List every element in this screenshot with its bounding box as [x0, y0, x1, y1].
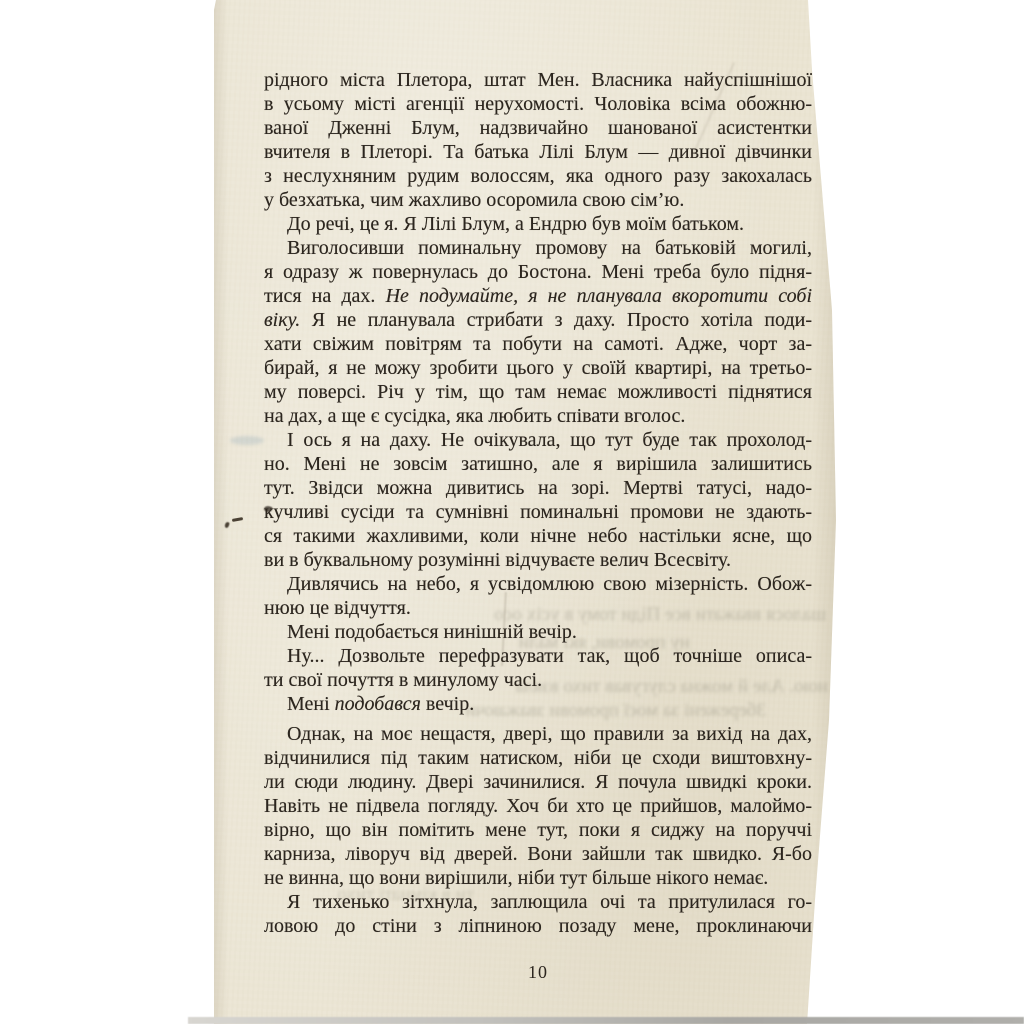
text-segment: на дах, а ще є сусідка, яка любить співа…: [264, 405, 685, 427]
text-segment: Виголосивши поминальну промову на батько…: [287, 237, 812, 259]
book-page: шалося вважати все Піди тому в усіх осо …: [214, 0, 838, 1024]
text-segment: І ось я на даху. Не очікувала, що тут бу…: [287, 429, 812, 451]
text-line: Я тихенько зітхнула, заплющила очі та пр…: [264, 890, 812, 914]
text-segment: карниза, ліворуч від дверей. Вони зайшли…: [264, 843, 812, 865]
text-segment: Навіть не підвела погляду. Хоч би хто це…: [264, 795, 812, 817]
text-segment: Однак, на моє нещастя, двері, що правили…: [287, 723, 812, 745]
text-line: Навіть не підвела погляду. Хоч би хто це…: [264, 794, 812, 818]
text-segment: Ну... Дозвольте перефразувати так, щоб т…: [287, 645, 812, 667]
body-text-block: рідного міста Плетора, штат Мен. Власник…: [264, 68, 812, 938]
text-line: нюю це відчуття.: [264, 596, 812, 620]
text-line: му поверсі. Річ у тім, що там немає можл…: [264, 380, 812, 404]
text-line: ваної Дженні Блум, надзвичайно шанованої…: [264, 116, 812, 140]
text-segment: не винна, що вони вирішили, ніби тут біл…: [264, 867, 768, 889]
text-segment: тися на дах.: [264, 285, 386, 307]
text-segment: му поверсі. Річ у тім, що там немає можл…: [264, 381, 812, 403]
text-segment: ваної Дженні Блум, надзвичайно шанованої…: [264, 117, 812, 139]
text-line: Виголосивши поминальну промову на батько…: [264, 236, 812, 260]
text-line: ловою до стіни з ліпниною позаду мене, п…: [264, 914, 812, 938]
text-line: ти свої почуття в минулому часі.: [264, 668, 812, 692]
text-segment: хати свіжим повітрям та побути на самоті…: [264, 333, 812, 355]
text-line: І ось я на даху. Не очікувала, що тут бу…: [264, 428, 812, 452]
text-line: вірно, що він помітить мене тут, поки я …: [264, 818, 812, 842]
page-right-edge-shadow: [812, 0, 838, 1024]
text-segment: у безхатька, чим жахливо осоромила свою …: [264, 189, 684, 211]
text-segment: ви в буквальному розумінні відчуваєте ве…: [264, 549, 731, 571]
text-segment: ти свої почуття в минулому часі.: [264, 669, 542, 691]
text-segment: Я тихенько зітхнула, заплющила очі та пр…: [287, 891, 812, 913]
text-segment: ли сюди людину. Двері зачинилися. Я почу…: [264, 771, 812, 793]
text-segment: кучливі сусіди та сумнівні поминальні пр…: [264, 501, 812, 523]
text-segment: бирай, я не можу зробити цього у своїй к…: [264, 357, 812, 379]
text-line: на дах, а ще є сусідка, яка любить співа…: [264, 404, 812, 428]
text-line: кучливі сусіди та сумнівні поминальні пр…: [264, 500, 812, 524]
text-line: відчинилися під таким натиском, ніби це …: [264, 746, 812, 770]
page-left-edge-shadow: [214, 0, 228, 1024]
text-line: но. Мені не зовсім затишно, але я виріши…: [264, 452, 812, 476]
scanned-page-background: шалося вважати все Піди тому в усіх осо …: [0, 0, 1024, 1024]
text-line: ли сюди людину. Двері зачинилися. Я почу…: [264, 770, 812, 794]
text-segment: но. Мені не зовсім затишно, але я виріши…: [264, 453, 812, 475]
text-line: тися на дах. Не подумайте, я не планувал…: [264, 284, 812, 308]
text-line: Дивлячись на небо, я усвідомлюю свою міз…: [264, 572, 812, 596]
text-segment: Дивлячись на небо, я усвідомлюю свою міз…: [287, 573, 812, 595]
text-segment: ловою до стіни з ліпниною позаду мене, п…: [264, 915, 812, 937]
text-segment: вчителя в Плеторі. Та батька Лілі Блум —…: [264, 141, 812, 163]
text-line: я одразу ж повернулась до Бостона. Мені …: [264, 260, 812, 284]
text-segment: вірно, що він помітить мене тут, поки я …: [264, 819, 812, 841]
text-line: віку. Я не планувала стрибати з даху. Пр…: [264, 308, 812, 332]
text-line: ся такими жахливими, коли нічне небо нас…: [264, 524, 812, 548]
text-segment: нюю це відчуття.: [264, 597, 411, 619]
text-line: ви в буквальному розумінні відчуваєте ве…: [264, 548, 812, 572]
page-number: 10: [264, 962, 812, 983]
text-line: у безхатька, чим жахливо осоромила свою …: [264, 188, 812, 212]
text-segment: ся такими жахливими, коли нічне небо нас…: [264, 525, 812, 547]
text-segment: в усьому місті агенції нерухомості. Чоло…: [264, 93, 812, 115]
text-segment: Мені: [287, 693, 335, 715]
scanner-edge-strip: [188, 1017, 1024, 1024]
blue-smudge-artifact: [230, 436, 264, 445]
text-line: тут. Звідси можна дивитись на зорі. Мерт…: [264, 476, 812, 500]
italic-text-segment: подобався: [335, 693, 421, 715]
text-line: в усьому місті агенції нерухомості. Чоло…: [264, 92, 812, 116]
text-line: карниза, ліворуч від дверей. Вони зайшли…: [264, 842, 812, 866]
text-segment: я одразу ж повернулась до Бостона. Мені …: [264, 261, 812, 283]
text-line: хати свіжим повітрям та побути на самоті…: [264, 332, 812, 356]
text-segment: відчинилися під таким натиском, ніби це …: [264, 747, 812, 769]
text-segment: тут. Звідси можна дивитись на зорі. Мерт…: [264, 477, 812, 499]
text-line: Ну... Дозвольте перефразувати так, щоб т…: [264, 644, 812, 668]
text-segment: з неслухняним рудим волоссям, яка одного…: [264, 165, 812, 187]
text-segment: вечір.: [421, 693, 474, 715]
italic-text-segment: віку.: [264, 309, 300, 331]
text-line: Мені подобався вечір.: [264, 692, 812, 716]
text-line: не винна, що вони вирішили, ніби тут біл…: [264, 866, 812, 890]
text-line: Мені подобається нинішній вечір.: [264, 620, 812, 644]
text-segment: Мені подобається нинішній вечір.: [287, 621, 577, 643]
text-line: До речі, це я. Я Лілі Блум, а Ендрю був …: [264, 212, 812, 236]
text-line: бирай, я не можу зробити цього у своїй к…: [264, 356, 812, 380]
text-line: Однак, на моє нещастя, двері, що правили…: [264, 722, 812, 746]
italic-text-segment: Не подумайте, я не планувала вкоротити с…: [386, 285, 812, 307]
text-line: з неслухняним рудим волоссям, яка одного…: [264, 164, 812, 188]
text-line: вчителя в Плеторі. Та батька Лілі Блум —…: [264, 140, 812, 164]
text-segment: До речі, це я. Я Лілі Блум, а Ендрю був …: [287, 213, 744, 235]
text-segment: Я не планувала стрибати з даху. Просто х…: [300, 309, 812, 331]
